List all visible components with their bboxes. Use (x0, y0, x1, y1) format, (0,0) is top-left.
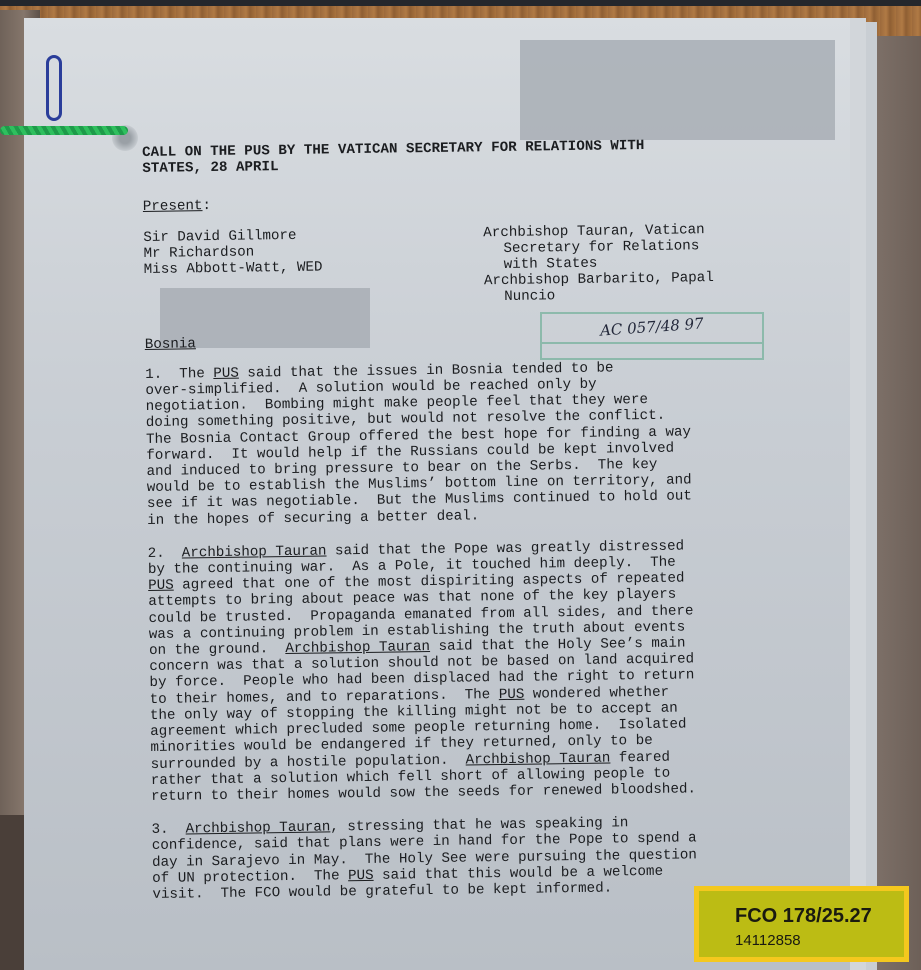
underlined-name: PUS (499, 686, 525, 702)
underlined-name: Archbishop Tauran (285, 639, 430, 657)
present-heading: Present: (143, 190, 793, 215)
treasury-tag-string-icon (0, 126, 128, 135)
underlined-name: Archbishop Tauran (466, 750, 611, 768)
pen-mark-icon (46, 55, 62, 121)
attendees-uk: Sir David Gillmore Mr Richardson Miss Ab… (143, 225, 484, 311)
attendee: Miss Abbott-Watt, WED (144, 257, 484, 278)
underlined-name: PUS (213, 365, 239, 381)
underlined-name: PUS (148, 578, 174, 594)
paragraph-1: 1. The PUS said that the issues in Bosni… (145, 358, 797, 529)
document-body: CALL ON THE PUS BY THE VATICAN SECRETARY… (142, 136, 803, 903)
folder-cover-right (875, 36, 921, 970)
archive-number: 14112858 (735, 932, 801, 949)
underlined-name: PUS (348, 868, 374, 884)
attendees-vatican: Archbishop Tauran, VaticanSecretary for … (483, 221, 784, 306)
attendees: Sir David Gillmore Mr Richardson Miss Ab… (143, 221, 794, 311)
archive-reference-label: FCO 178/25.27 14112858 (694, 886, 909, 962)
redacted-area (520, 40, 835, 140)
underlined-name: Archbishop Tauran (186, 820, 331, 838)
underlined-name: Archbishop Tauran (182, 543, 327, 561)
paragraph-2: 2. Archbishop Tauran said that the Pope … (148, 537, 802, 805)
section-heading: Bosnia (145, 328, 795, 353)
attendee: Nuncio (484, 285, 784, 305)
archive-reference: FCO 178/25.27 (735, 905, 872, 928)
